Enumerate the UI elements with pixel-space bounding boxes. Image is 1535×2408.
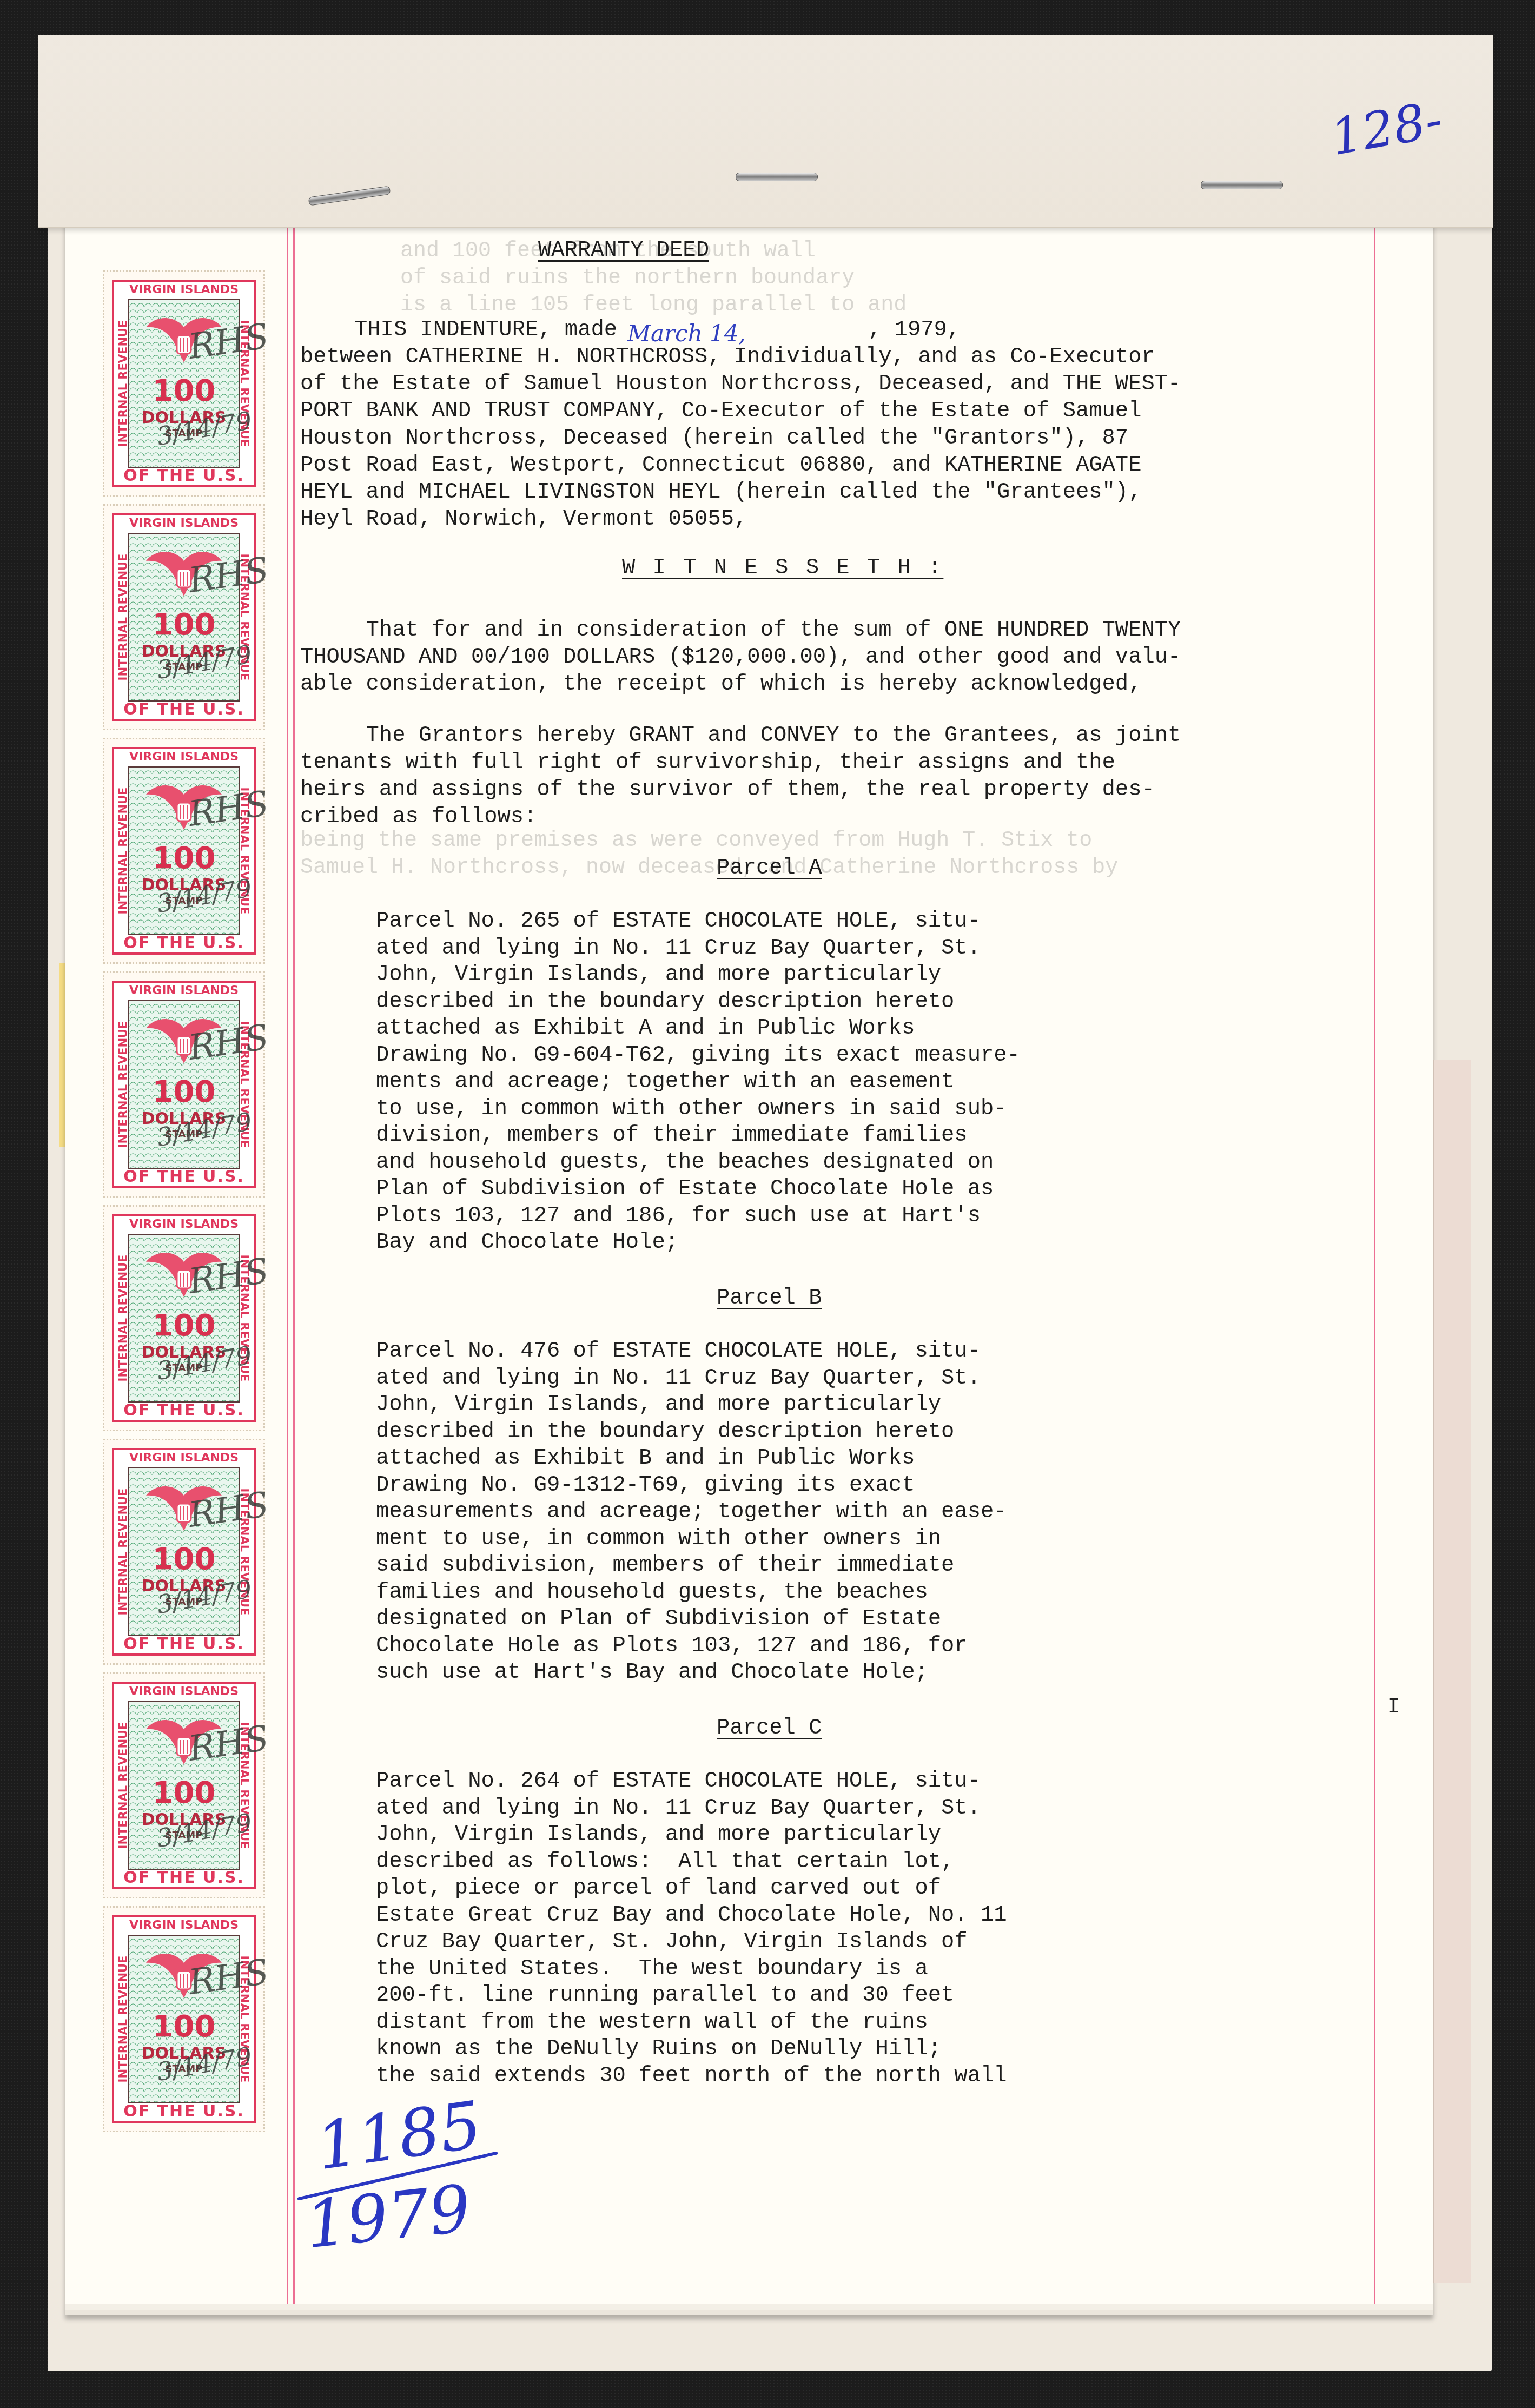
- parcel-line: said subdivision, members of their immed…: [376, 1552, 954, 1579]
- deed-page: VIRGIN ISLANDSINTERNAL REVENUEINTERNAL R…: [65, 206, 1433, 2304]
- stamp-frame: VIRGIN ISLANDSINTERNAL REVENUEINTERNAL R…: [112, 1682, 256, 1889]
- stamp-issuer: VIRGIN ISLANDS: [114, 1919, 254, 1932]
- indenture-line: Heyl Road, Norwich, Vermont 05055,: [300, 506, 747, 533]
- grant-line: cribed as follows:: [300, 803, 537, 830]
- stamp-country: OF THE U.S.: [114, 700, 254, 719]
- parcel-line: division, members of their immediate fam…: [376, 1122, 968, 1149]
- consideration-line: able consideration, the receipt of which…: [300, 671, 1141, 698]
- parcel-line: Estate Great Cruz Bay and Chocolate Hole…: [376, 1902, 1007, 1929]
- revenue-stamp: VIRGIN ISLANDSINTERNAL REVENUEINTERNAL R…: [103, 270, 265, 497]
- parcel-line: ated and lying in No. 11 Cruz Bay Quarte…: [376, 1795, 981, 1822]
- revenue-stamp: VIRGIN ISLANDSINTERNAL REVENUEINTERNAL R…: [103, 1205, 265, 1431]
- revenue-stamps-column: VIRGIN ISLANDSINTERNAL REVENUEINTERNAL R…: [103, 270, 270, 2140]
- parcel-line: Parcel No. 476 of ESTATE CHOCOLATE HOLE,…: [376, 1338, 981, 1365]
- grant-line: The Grantors hereby GRANT and CONVEY to …: [300, 722, 1181, 749]
- indenture-line: PORT BANK AND TRUST COMPANY, Co-Executor…: [300, 398, 1141, 425]
- parcel-line: Cruz Bay Quarter, St. John, Virgin Islan…: [376, 1928, 968, 1955]
- stamp-field: 100DOLLARSSTAMPRHS3/14/79: [128, 533, 240, 702]
- margin-rule: [293, 206, 295, 2304]
- parcel-line: ments and acreage; together with an ease…: [376, 1068, 954, 1095]
- staple-icon: [308, 186, 391, 206]
- stamp-issuer: VIRGIN ISLANDS: [114, 750, 254, 764]
- parcel-line: Plan of Subdivision of Estate Chocolate …: [376, 1175, 994, 1202]
- parcel-line: such use at Hart's Bay and Chocolate Hol…: [376, 1659, 928, 1686]
- parcel-line: Bay and Chocolate Hole;: [376, 1229, 678, 1256]
- consideration-line: That for and in consideration of the sum…: [300, 617, 1181, 644]
- parcel-line: attached as Exhibit B and in Public Work…: [376, 1445, 915, 1472]
- revenue-stamp: VIRGIN ISLANDSINTERNAL REVENUEINTERNAL R…: [103, 738, 265, 964]
- stamp-issuer: VIRGIN ISLANDS: [114, 517, 254, 530]
- parcel-line: ated and lying in No. 11 Cruz Bay Quarte…: [376, 935, 981, 962]
- stamp-issuer: VIRGIN ISLANDS: [114, 1451, 254, 1465]
- staple-icon: [1201, 181, 1283, 189]
- parcel-line: Chocolate Hole as Plots 103, 127 and 186…: [376, 1632, 968, 1659]
- indenture-year: , 1979,: [868, 316, 960, 343]
- parcel-heading: Parcel A: [717, 855, 822, 882]
- indenture-line: between CATHERINE H. NORTHCROSS, Individ…: [300, 343, 1155, 371]
- stamp-frame: VIRGIN ISLANDSINTERNAL REVENUEINTERNAL R…: [112, 1448, 256, 1656]
- stamp-value: 100: [129, 1311, 239, 1341]
- stamp-field: 100DOLLARSSTAMPRHS3/14/79: [128, 299, 240, 468]
- staple-icon: [736, 173, 818, 181]
- parcel-heading: Parcel B: [717, 1285, 822, 1312]
- stamp-field: 100DOLLARSSTAMPRHS3/14/79: [128, 1234, 240, 1403]
- stamp-country: OF THE U.S.: [114, 1401, 254, 1420]
- parcel-line: Plots 103, 127 and 186, for such use at …: [376, 1202, 981, 1229]
- parcel-line: ated and lying in No. 11 Cruz Bay Quarte…: [376, 1365, 981, 1392]
- parcel-line: the said extends 30 feet north of the no…: [376, 2062, 1007, 2089]
- parcel-line: Parcel No. 265 of ESTATE CHOCOLATE HOLE,…: [376, 908, 981, 935]
- parcel-line: Drawing No. G9-604-T62, giving its exact…: [376, 1042, 1020, 1069]
- stamp-value: 100: [129, 1077, 239, 1107]
- stamp-field: 100DOLLARSSTAMPRHS3/14/79: [128, 1467, 240, 1636]
- stamp-field: 100DOLLARSSTAMPRHS3/14/79: [128, 1000, 240, 1169]
- parcel-line: to use, in common with other owners in s…: [376, 1095, 1007, 1122]
- revenue-stamp: VIRGIN ISLANDSINTERNAL REVENUEINTERNAL R…: [103, 1906, 265, 2132]
- parcel-line: known as the DeNully Ruins on DeNully Hi…: [376, 2035, 941, 2062]
- stamp-country: OF THE U.S.: [114, 2102, 254, 2121]
- revenue-stamp: VIRGIN ISLANDSINTERNAL REVENUEINTERNAL R…: [103, 1672, 265, 1898]
- stamp-field: 100DOLLARSSTAMPRHS3/14/79: [128, 766, 240, 935]
- parcel-line: and household guests, the beaches design…: [376, 1149, 994, 1176]
- stamp-value: 100: [129, 2012, 239, 2042]
- parcel-line: ment to use, in common with other owners…: [376, 1525, 941, 1552]
- stamp-country: OF THE U.S.: [114, 1868, 254, 1887]
- stamp-issuer: VIRGIN ISLANDS: [114, 283, 254, 296]
- parcel-line: Drawing No. G9-1312-T69, giving its exac…: [376, 1472, 915, 1499]
- stamp-issuer: VIRGIN ISLANDS: [114, 1685, 254, 1698]
- stamp-value: 100: [129, 610, 239, 640]
- revenue-stamp: VIRGIN ISLANDSINTERNAL REVENUEINTERNAL R…: [103, 1439, 265, 1665]
- consideration-line: THOUSAND AND 00/100 DOLLARS ($120,000.00…: [300, 644, 1181, 671]
- stamp-issuer: VIRGIN ISLANDS: [114, 1218, 254, 1231]
- page-stack-edge: [1433, 1060, 1471, 2283]
- parcel-line: families and household guests, the beach…: [376, 1579, 928, 1606]
- stamp-frame: VIRGIN ISLANDSINTERNAL REVENUEINTERNAL R…: [112, 1915, 256, 2123]
- parcel-line: John, Virgin Islands, and more particula…: [376, 1821, 941, 1848]
- indenture-line: Houston Northcross, Deceased (herein cal…: [300, 425, 1128, 452]
- show-through-text: being the same premises as were conveyed…: [300, 828, 1092, 855]
- show-through-text: Samuel H. Northcross, now deceased, and …: [300, 855, 1118, 882]
- show-through-text: is a line 105 feet long parallel to and: [400, 292, 907, 319]
- witnesseth-heading: W I T N E S S E T H :: [622, 554, 943, 581]
- parcel-line: Parcel No. 264 of ESTATE CHOCOLATE HOLE,…: [376, 1768, 981, 1795]
- parcel-line: 200-ft. line running parallel to and 30 …: [376, 1982, 954, 2009]
- indenture-line: HEYL and MICHAEL LIVINGSTON HEYL (herein…: [300, 479, 1141, 506]
- show-through-text: of said ruins the northern boundary: [400, 265, 855, 292]
- document-title: WARRANTY DEED: [538, 237, 709, 264]
- parcel-heading: Parcel C: [717, 1715, 822, 1742]
- binder-header-flap: 128-: [38, 35, 1493, 228]
- margin-rule: [287, 206, 288, 2304]
- stamp-frame: VIRGIN ISLANDSINTERNAL REVENUEINTERNAL R…: [112, 513, 256, 721]
- stamp-issuer: VIRGIN ISLANDS: [114, 984, 254, 997]
- stamp-frame: VIRGIN ISLANDSINTERNAL REVENUEINTERNAL R…: [112, 1214, 256, 1422]
- grant-line: heirs and assigns of the survivor of the…: [300, 776, 1155, 803]
- parcel-line: John, Virgin Islands, and more particula…: [376, 1391, 941, 1418]
- stamp-frame: VIRGIN ISLANDSINTERNAL REVENUEINTERNAL R…: [112, 280, 256, 487]
- stamp-country: OF THE U.S.: [114, 1635, 254, 1653]
- stamp-value: 100: [129, 1544, 239, 1575]
- parcel-line: described in the boundary description he…: [376, 1418, 954, 1445]
- parcel-line: John, Virgin Islands, and more particula…: [376, 961, 941, 988]
- recording-year: 1979: [302, 2171, 474, 2263]
- stamp-value: 100: [129, 1778, 239, 1808]
- stamp-value: 100: [129, 843, 239, 874]
- parcel-line: the United States. The west boundary is …: [376, 1955, 928, 1982]
- stamp-field: 100DOLLARSSTAMPRHS3/14/79: [128, 1935, 240, 2103]
- recording-number: 1185: [312, 2087, 486, 2185]
- revenue-stamp: VIRGIN ISLANDSINTERNAL REVENUEINTERNAL R…: [103, 504, 265, 730]
- parcel-line: measurements and acreage; together with …: [376, 1498, 1007, 1525]
- parcel-line: described as follows: All that certain l…: [376, 1848, 954, 1875]
- stamp-frame: VIRGIN ISLANDSINTERNAL REVENUEINTERNAL R…: [112, 981, 256, 1188]
- indenture-prefix: THIS INDENTURE, made: [354, 316, 617, 343]
- parcel-line: distant from the western wall of the rui…: [376, 2009, 928, 2036]
- stamp-value: 100: [129, 376, 239, 406]
- grant-line: tenants with full right of survivorship,…: [300, 749, 1115, 776]
- parcel-line: described in the boundary description he…: [376, 988, 954, 1015]
- stamp-country: OF THE U.S.: [114, 934, 254, 952]
- margin-rule: [1374, 206, 1375, 2304]
- indenture-line: of the Estate of Samuel Houston Northcro…: [300, 371, 1181, 398]
- stamp-field: 100DOLLARSSTAMPRHS3/14/79: [128, 1701, 240, 1870]
- side-mark: I: [1387, 1696, 1400, 1719]
- parcel-line: designated on Plan of Subdivision of Est…: [376, 1605, 941, 1632]
- indenture-line: Post Road East, Westport, Connecticut 06…: [300, 452, 1141, 479]
- revenue-stamp: VIRGIN ISLANDSINTERNAL REVENUEINTERNAL R…: [103, 971, 265, 1198]
- stamp-country: OF THE U.S.: [114, 1167, 254, 1186]
- parcel-line: plot, piece or parcel of land carved out…: [376, 1875, 941, 1902]
- stamp-country: OF THE U.S.: [114, 466, 254, 485]
- stamp-frame: VIRGIN ISLANDSINTERNAL REVENUEINTERNAL R…: [112, 747, 256, 955]
- parcel-line: attached as Exhibit A and in Public Work…: [376, 1015, 915, 1042]
- folio-number: 128-: [1326, 90, 1446, 167]
